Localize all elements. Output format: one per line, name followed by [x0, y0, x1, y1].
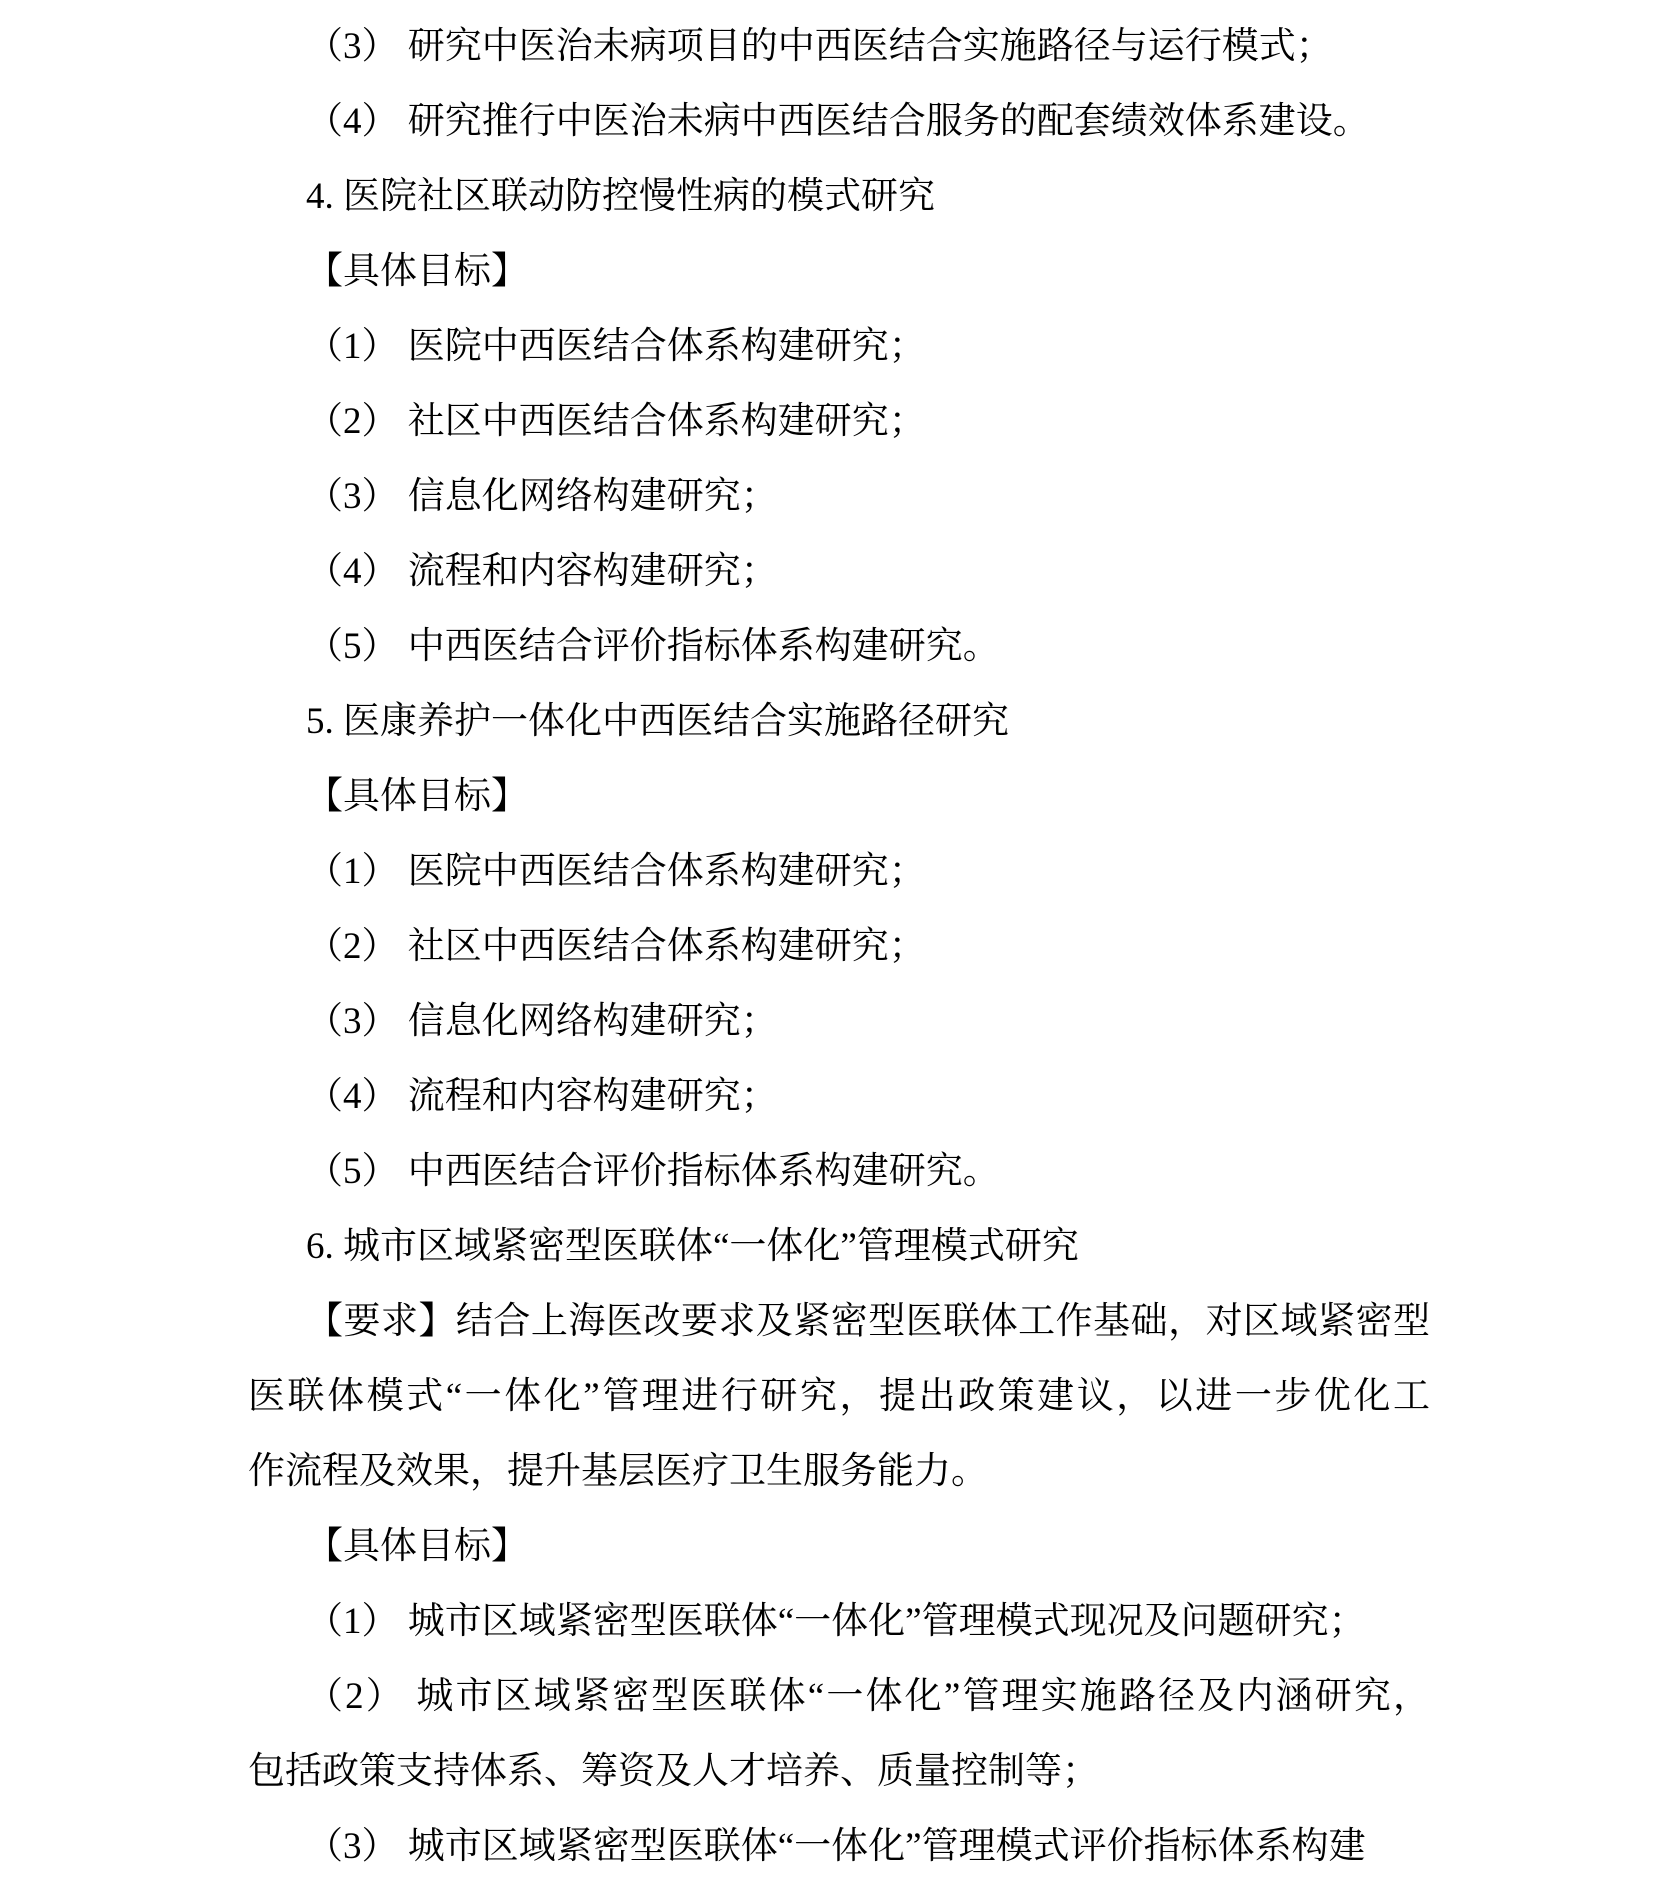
heading-6-medical-alliance-management: 6. 城市区域紧密型医联体“一体化”管理模式研究: [248, 1209, 1430, 1284]
s4-goal-5: （5） 中西医结合评价指标体系构建研究。: [248, 609, 1430, 684]
s6-requirements-line-3: 作流程及效果，提升基层医疗卫生服务能力。: [248, 1434, 1430, 1509]
s6-goal-2-line-1: （2） 城市区域紧密型医联体“一体化”管理实施路径及内涵研究，: [248, 1659, 1430, 1734]
heading-5-integrated-care-path: 5. 医康养护一体化中西医结合实施路径研究: [248, 684, 1430, 759]
s4-goal-4: （4） 流程和内容构建研究；: [248, 534, 1430, 609]
s6-requirements-line-1: 【要求】结合上海医改要求及紧密型医联体工作基础，对区域紧密型: [248, 1284, 1430, 1359]
s5-goal-5: （5） 中西医结合评价指标体系构建研究。: [248, 1134, 1430, 1209]
s5-goal-4: （4） 流程和内容构建研究；: [248, 1059, 1430, 1134]
s6-goal-3: （3） 城市区域紧密型医联体“一体化”管理模式评价指标体系构建: [248, 1809, 1430, 1884]
s5-goal-1: （1） 医院中西医结合体系构建研究；: [248, 834, 1430, 909]
s5-goal-2: （2） 社区中西医结合体系构建研究；: [248, 909, 1430, 984]
heading-4-hospital-community-chronic-disease: 4. 医院社区联动防控慢性病的模式研究: [248, 159, 1430, 234]
specific-goals-label: 【具体目标】: [248, 234, 1430, 309]
s4-goal-3: （3） 信息化网络构建研究；: [248, 459, 1430, 534]
s5-goal-3: （3） 信息化网络构建研究；: [248, 984, 1430, 1059]
item-4-tcm-preventive-performance: （4） 研究推行中医治未病中西医结合服务的配套绩效体系建设。: [248, 84, 1430, 159]
s6-goal-1: （1） 城市区域紧密型医联体“一体化”管理模式现况及问题研究；: [248, 1584, 1430, 1659]
s4-goal-2: （2） 社区中西医结合体系构建研究；: [248, 384, 1430, 459]
specific-goals-label: 【具体目标】: [248, 1509, 1430, 1584]
s6-goal-2-line-2: 包括政策支持体系、筹资及人才培养、质量控制等；: [248, 1734, 1430, 1809]
s6-requirements-line-2: 医联体模式“一体化”管理进行研究，提出政策建议，以进一步优化工: [248, 1359, 1430, 1434]
s4-goal-1: （1） 医院中西医结合体系构建研究；: [248, 309, 1430, 384]
item-3-tcm-preventive-path: （3） 研究中医治未病项目的中西医结合实施路径与运行模式；: [248, 9, 1430, 84]
text-column: （3） 研究中医治未病项目的中西医结合实施路径与运行模式； （4） 研究推行中医…: [248, 0, 1430, 1884]
specific-goals-label: 【具体目标】: [248, 759, 1430, 834]
document-page: （3） 研究中医治未病项目的中西医结合实施路径与运行模式； （4） 研究推行中医…: [0, 0, 1653, 1887]
